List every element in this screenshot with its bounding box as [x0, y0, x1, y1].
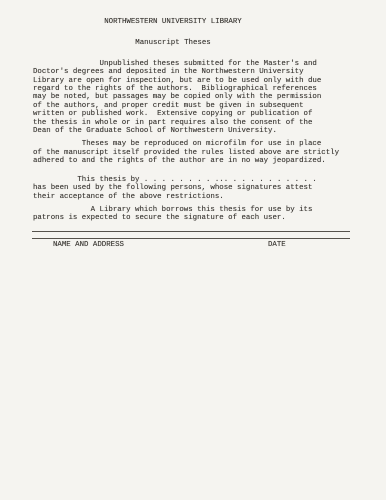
signature-table: NAME AND ADDRESS DATE	[32, 231, 350, 251]
document-page: NORTHWESTERN UNIVERSITY LIBRARY Manuscri…	[0, 0, 386, 500]
column-header-name-address: NAME AND ADDRESS	[53, 241, 124, 249]
paragraph-microfilm: Theses may be reproduced on microfilm fo…	[33, 140, 351, 165]
paragraph-usage-rules: Unpublished theses submitted for the Mas…	[33, 60, 351, 136]
table-header-row: NAME AND ADDRESS DATE	[32, 241, 350, 250]
document-subtitle: Manuscript Theses	[33, 39, 313, 47]
column-header-date: DATE	[268, 241, 286, 249]
document-title: NORTHWESTERN UNIVERSITY LIBRARY	[33, 18, 313, 26]
document-body: NORTHWESTERN UNIVERSITY LIBRARY Manuscri…	[33, 0, 351, 250]
paragraph-thesis-by: This thesis by . . . . . . . . ... . . .…	[33, 176, 351, 201]
table-top-rule-inner	[32, 238, 350, 239]
paragraph-library-borrow: A Library which borrows this thesis for …	[33, 206, 351, 223]
